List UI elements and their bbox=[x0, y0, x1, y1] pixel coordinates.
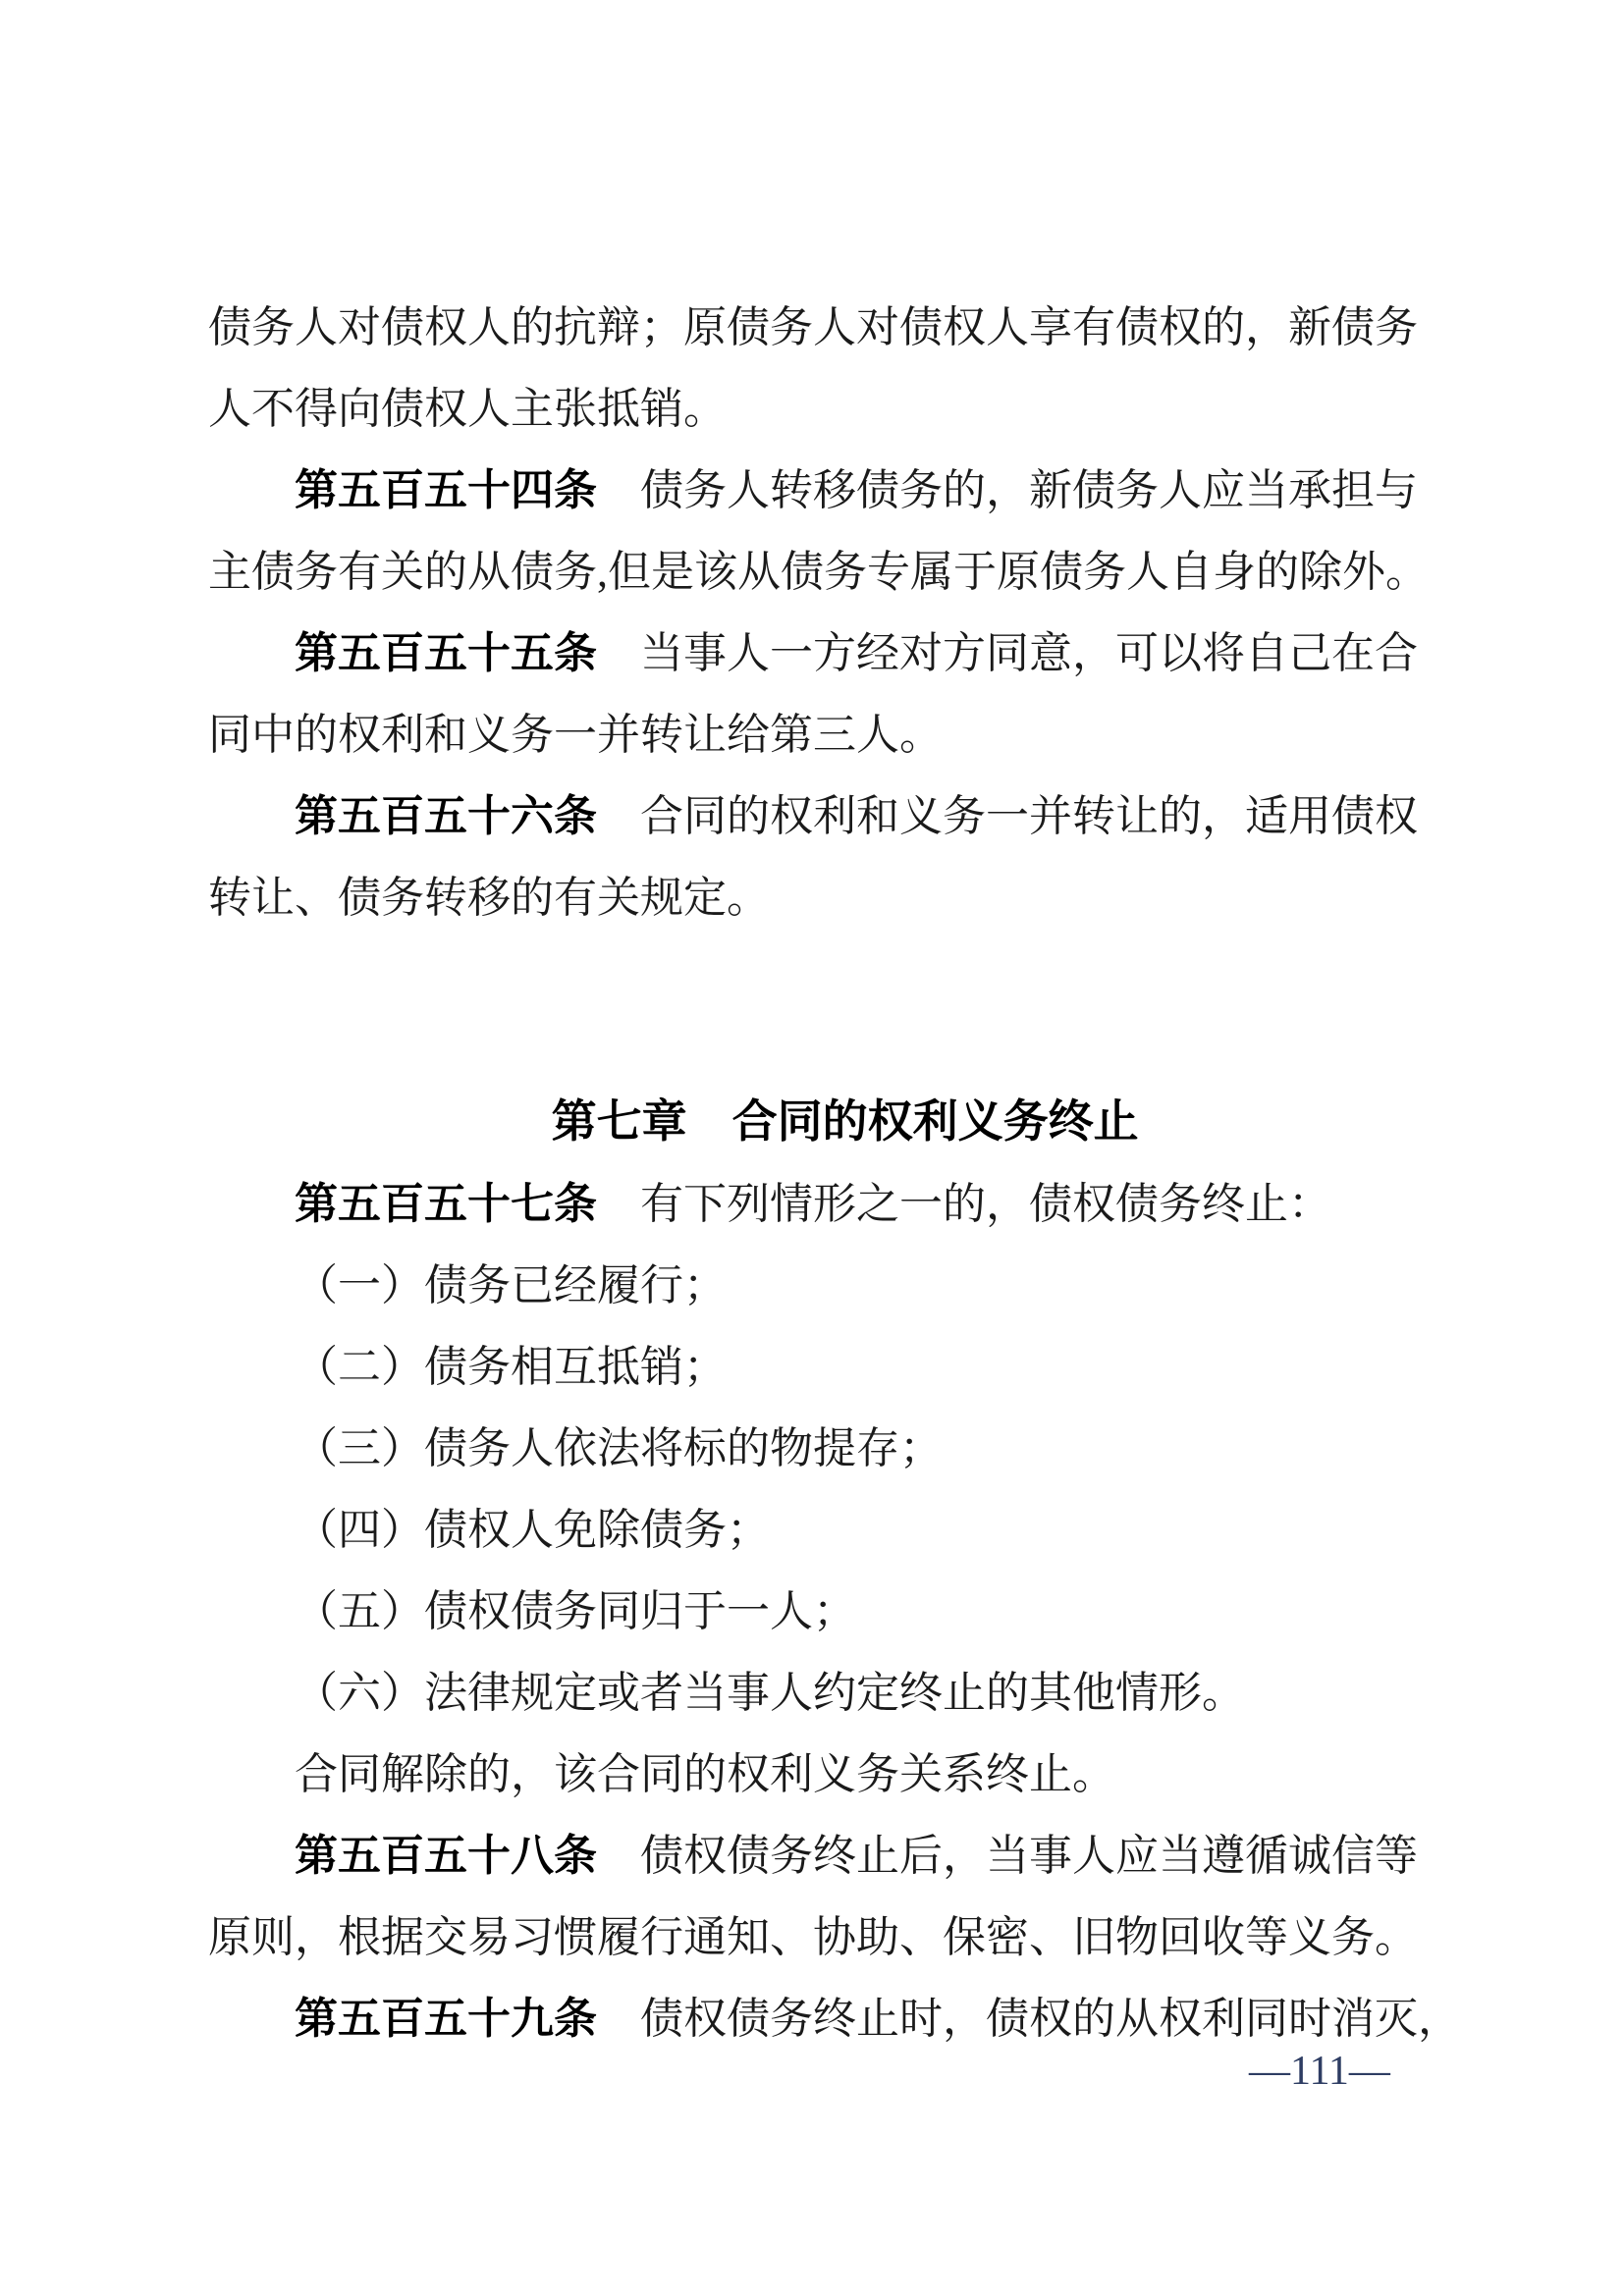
page-number: —111— bbox=[1249, 2048, 1390, 2095]
chapter-heading: 第七章合同的权利义务终止 bbox=[208, 999, 1432, 1081]
text-line: 原则，根据交易习惯履行通知、协助、保密、旧物回收等义务。 bbox=[208, 1896, 1455, 1978]
document-page: 债务人对债权人的抗辩；原债务人对债权人享有债权的，新债务人不得向债权人主张抵销。… bbox=[0, 0, 1624, 2296]
line-text: 债权债务终止时，债权的从权利同时消灭， bbox=[640, 1995, 1461, 2043]
text-line: 债务人对债权人的抗辩；原债务人对债权人享有债权的，新债务 bbox=[208, 287, 1455, 368]
section-before-chapter: 债务人对债权人的抗辩；原债务人对债权人享有债权的，新债务人不得向债权人主张抵销。… bbox=[208, 287, 1455, 938]
line-text: （二）债务相互抵销； bbox=[295, 1343, 727, 1391]
article-number: 第五百五十七条 bbox=[295, 1180, 597, 1228]
text-line: （二）债务相互抵销； bbox=[208, 1326, 1455, 1408]
line-text: （四）债权人免除债务； bbox=[295, 1506, 770, 1554]
article-number: 第五百五十八条 bbox=[295, 1832, 597, 1880]
text-line: （五）债权债务同归于一人； bbox=[208, 1571, 1455, 1652]
text-line: 第五百五十四条债务人转移债务的，新债务人应当承担与 bbox=[208, 450, 1455, 531]
line-text: （三）债务人依法将标的物提存； bbox=[295, 1424, 943, 1472]
text-line: （六）法律规定或者当事人约定终止的其他情形。 bbox=[208, 1652, 1455, 1734]
text-line: 主债务有关的从债务,但是该从债务专属于原债务人自身的除外。 bbox=[208, 531, 1455, 613]
line-text: （一）债务已经履行； bbox=[295, 1261, 727, 1309]
article-number: 第五百五十九条 bbox=[295, 1995, 597, 2043]
line-text: 当事人一方经对方同意，可以将自己在合 bbox=[640, 629, 1418, 677]
line-text: 同中的权利和义务一并转让给第三人。 bbox=[208, 711, 943, 759]
line-text: （六）法律规定或者当事人约定终止的其他情形。 bbox=[295, 1669, 1245, 1717]
line-text: 人不得向债权人主张抵销。 bbox=[208, 385, 727, 433]
line-text: 合同解除的，该合同的权利义务关系终止。 bbox=[295, 1750, 1115, 1798]
chapter-title: 合同的权利义务终止 bbox=[732, 1095, 1139, 1147]
text-line: 第五百五十五条当事人一方经对方同意，可以将自己在合 bbox=[208, 613, 1455, 694]
chapter-number: 第七章 bbox=[552, 1095, 687, 1147]
text-line: 第五百五十八条债权债务终止后，当事人应当遵循诚信等 bbox=[208, 1815, 1455, 1896]
line-text: 转让、债务转移的有关规定。 bbox=[208, 874, 770, 922]
text-line: （三）债务人依法将标的物提存； bbox=[208, 1408, 1455, 1489]
text-line: 合同解除的，该合同的权利义务关系终止。 bbox=[208, 1734, 1455, 1815]
line-text: （五）债权债务同归于一人； bbox=[295, 1587, 856, 1635]
line-text: 合同的权利和义务一并转让的，适用债权 bbox=[640, 792, 1418, 840]
line-text: 债务人转移债务的，新债务人应当承担与 bbox=[640, 466, 1418, 514]
text-line: 人不得向债权人主张抵销。 bbox=[208, 368, 1455, 450]
text-line: 第五百五十七条有下列情形之一的，债权债务终止： bbox=[208, 1163, 1455, 1245]
text-line: （四）债权人免除债务； bbox=[208, 1489, 1455, 1571]
text-line: 同中的权利和义务一并转让给第三人。 bbox=[208, 694, 1455, 775]
article-number: 第五百五十四条 bbox=[295, 466, 597, 514]
line-text: 主债务有关的从债务,但是该从债务专属于原债务人自身的除外。 bbox=[208, 548, 1429, 596]
text-line: 第五百五十六条合同的权利和义务一并转让的，适用债权 bbox=[208, 775, 1455, 857]
line-text: 债务人对债权人的抗辩；原债务人对债权人享有债权的，新债务 bbox=[208, 303, 1418, 351]
article-number: 第五百五十六条 bbox=[295, 792, 597, 840]
article-number: 第五百五十五条 bbox=[295, 629, 597, 677]
line-text: 债权债务终止后，当事人应当遵循诚信等 bbox=[640, 1832, 1418, 1880]
line-text: 有下列情形之一的，债权债务终止： bbox=[640, 1180, 1331, 1228]
text-line: （一）债务已经履行； bbox=[208, 1245, 1455, 1326]
line-text: 原则，根据交易习惯履行通知、协助、保密、旧物回收等义务。 bbox=[208, 1913, 1418, 1961]
section-after-chapter: 第五百五十七条有下列情形之一的，债权债务终止：（一）债务已经履行；（二）债务相互… bbox=[208, 1163, 1455, 2059]
text-line: 转让、债务转移的有关规定。 bbox=[208, 857, 1455, 938]
